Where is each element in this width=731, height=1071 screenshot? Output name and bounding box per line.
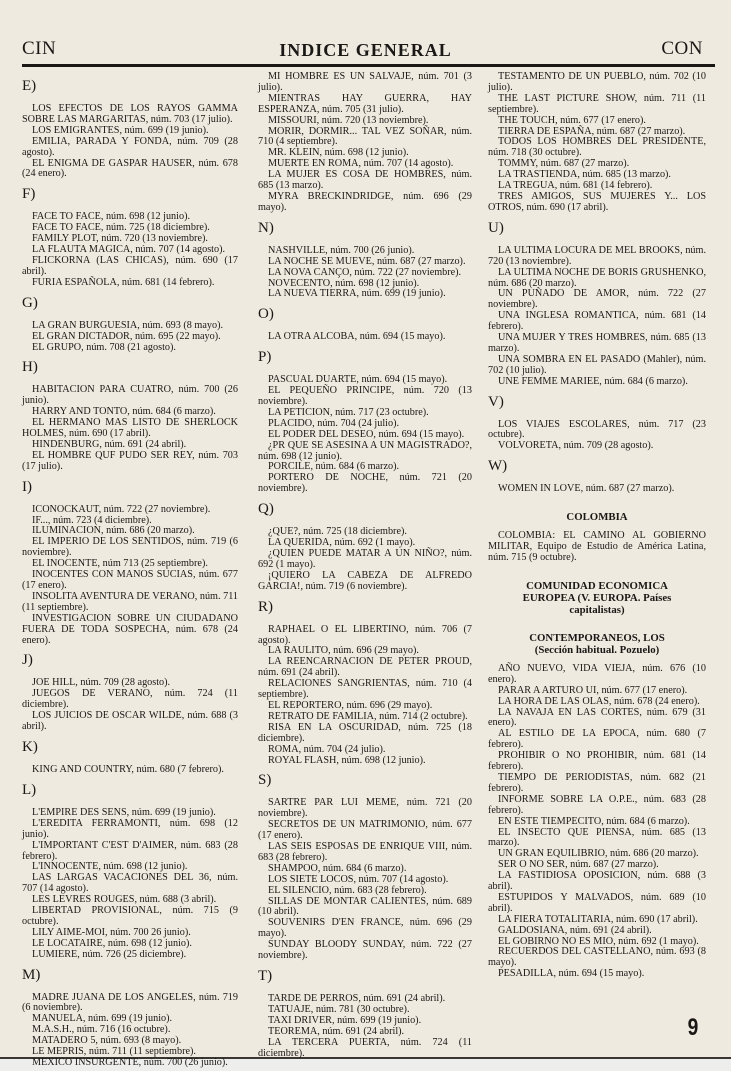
letter-group: K)KING AND COUNTRY, núm. 680 (7 febrero)… [22,739,238,776]
letter-heading: M) [22,967,238,984]
letter-heading: S) [258,772,472,789]
letter-heading: G) [22,295,238,312]
index-entry: ESTUPIDOS Y MALVADOS, núm. 689 (10 abril… [488,893,706,915]
magazine-index-page: CIN INDICE GENERAL CON E)LOS EFECTOS DE … [0,0,731,1059]
index-entry: RECUERDOS DEL CASTELLANO, núm. 693 (8 ma… [488,947,706,969]
letter-heading: P) [258,349,472,366]
index-entry: INOCENTES CON MANOS SUCIAS, núm. 677 (17… [22,570,238,592]
letter-heading: J) [22,652,238,669]
letter-group: R)RAPHAEL O EL LIBERTINO, núm. 706 (7 ag… [258,599,472,767]
index-entry: LA MUJER ES COSA DE HOMBRES, núm. 685 (1… [258,170,472,192]
letter-group: V)LOS VIAJES ESCOLARES, núm. 717 (23 oct… [488,394,706,453]
letter-group: H)HABITACION PARA CUATRO, núm. 700 (26 j… [22,359,238,472]
index-entry: UNE FEMME MARIEE, núm. 684 (6 marzo). [488,377,706,388]
letter-group: T)TARDE DE PERROS, núm. 691 (24 abril).T… [258,968,472,1059]
section-heading: CONTEMPORANEOS, LOS(Sección habitual. Po… [488,632,706,656]
running-head-right: CON [661,38,703,60]
index-entry: THE TOUCH, núm. 677 (17 enero). [488,116,706,127]
section-title: COMUNIDAD ECONOMICA EUROPEA (V. EUROPA. … [523,580,672,616]
index-entry: COLOMBIA: EL CAMINO AL GOBIERNO MILITAR,… [488,531,706,564]
index-entry: LAS LARGAS VACACIONES DEL 36, núm. 707 (… [22,873,238,895]
index-entry: EL GRAN DICTADOR, núm. 695 (22 mayo). [22,332,238,343]
section-heading: COLOMBIA [488,511,706,523]
index-entry: GALDOSIANA, núm. 691 (24 abril). [488,926,706,937]
index-entry: TRES AMIGOS, SUS MUJERES Y... LOS OTROS,… [488,192,706,214]
index-entry: JUEGOS DE VERANO, núm. 724 (11 diciembre… [22,689,238,711]
index-entry: KING AND COUNTRY, núm. 680 (7 febrero). [22,765,238,776]
index-column-2: MI HOMBRE ES UN SALVAJE, núm. 701 (3 jul… [258,72,472,1059]
continued-entries: MI HOMBRE ES UN SALVAJE, núm. 701 (3 jul… [258,72,472,214]
letter-heading: F) [22,186,238,203]
letter-heading: R) [258,599,472,616]
index-entry: EL GRUPO, núm. 708 (21 agosto). [22,343,238,354]
index-entry: EN ESTE TIEMPECITO, núm. 684 (6 marzo). [488,817,706,828]
letter-heading: W) [488,458,706,475]
index-entry: LA REENCARNACION DE PETER PROUD, núm. 69… [258,657,472,679]
index-entry: TODOS LOS HOMBRES DEL PRESIDENTE, núm. 7… [488,137,706,159]
letter-heading: I) [22,479,238,496]
index-entry: INSOLITA AVENTURA DE VERANO, núm. 711 (1… [22,592,238,614]
index-entry: TIEMPO DE PERIODISTAS, núm. 682 (21 febr… [488,773,706,795]
index-section: COMUNIDAD ECONOMICA EUROPEA (V. EUROPA. … [488,580,706,616]
letter-heading: H) [22,359,238,376]
index-entry: SOUVENIRS D'EN FRANCE, núm. 696 (29 mayo… [258,918,472,940]
index-entry: LA ULTIMA LOCURA DE MEL BROOKS, núm. 720… [488,246,706,268]
index-entry: LIBERTAD PROVISIONAL, núm. 715 (9 octubr… [22,906,238,928]
letter-group: P)PASCUAL DUARTE, núm. 694 (15 mayo).EL … [258,349,472,495]
index-entry: MISSOURI, núm. 720 (13 noviembre). [258,116,472,127]
letter-heading: T) [258,968,472,985]
index-entry: MEXICO INSURGENTE, núm. 700 (26 junio). [22,1058,238,1069]
index-column-1: E)LOS EFECTOS DE LOS RAYOS GAMMA SOBRE L… [22,72,238,1069]
letter-heading: V) [488,394,706,411]
letter-group: E)LOS EFECTOS DE LOS RAYOS GAMMA SOBRE L… [22,78,238,180]
index-entry: PORTERO DE NOCHE, núm. 721 (20 noviembre… [258,473,472,495]
index-entry: EL HOMBRE QUF PUDO SER REY, núm. 703 (17… [22,451,238,473]
section-title: CONTEMPORANEOS, LOS [529,632,665,644]
letter-heading: O) [258,306,472,323]
index-entry: AÑO NUEVO, VIDA VIEJA, núm. 676 (10 ener… [488,664,706,686]
letter-group: N)NASHVILLE, núm. 700 (26 junio).LA NOCH… [258,220,472,301]
index-entry: SECRETOS DE UN MATRIMONIO, núm. 677 (17 … [258,820,472,842]
letter-heading: L) [22,782,238,799]
index-entry: LA NOCHE SE MUEVE, núm. 687 (27 marzo). [258,257,472,268]
index-entry: TESTAMENTO DE UN PUEBLO, núm. 702 (10 ju… [488,72,706,94]
header-rule [22,64,715,67]
index-entry: EL ENIGMA DE GASPAR HAUSER, núm. 678 (24… [22,159,238,181]
index-entry: LA OTRA ALCOBA, núm. 694 (15 mayo). [258,332,472,343]
index-entry: L'IMPORTANT C'EST D'AIMER, núm. 683 (28 … [22,841,238,863]
index-entry: LA TERCERA PUERTA, núm. 724 (11 diciembr… [258,1038,472,1060]
index-entry: EL PEQUEÑO PRINCIPE, núm. 720 (13 noviem… [258,386,472,408]
index-entry: UNA MUJER Y TRES HOMBRES, núm. 685 (13 m… [488,333,706,355]
index-entry: ¿QUIEN PUEDE MATAR A UN NIÑO?, núm. 692 … [258,549,472,571]
index-entry: ¿PR QUE SE ASESINA A UN MAGISTRADO?, núm… [258,441,472,463]
index-entry: ROYAL FLASH, núm. 698 (12 junio). [258,756,472,767]
index-entry: MI HOMBRE ES UN SALVAJE, núm. 701 (3 jul… [258,72,472,94]
continued-entries: TESTAMENTO DE UN PUEBLO, núm. 702 (10 ju… [488,72,706,214]
letter-group: M)MADRE JUANA DE LOS ANGELES, núm. 719 (… [22,967,238,1069]
index-entry: SARTRE PAR LUI MEME, núm. 721 (20 noviem… [258,798,472,820]
index-entry: VOLVORETA, núm. 709 (28 agosto). [488,441,706,452]
index-entry: SUNDAY BLOODY SUNDAY, núm. 722 (27 novie… [258,940,472,962]
index-entry: LA NOVA CANÇO, núm. 722 (27 noviembre). [258,268,472,279]
index-entry: LA NUEVA TIERRA, núm. 699 (19 junio). [258,289,472,300]
index-entry: INVESTIGACION SOBRE UN CIUDADANO FUERA D… [22,614,238,647]
index-section: CONTEMPORANEOS, LOS(Sección habitual. Po… [488,632,706,980]
index-entry: UN PUÑADO DE AMOR, núm. 722 (27 noviembr… [488,289,706,311]
letter-group: L)L'EMPIRE DES SENS, núm. 699 (19 junio)… [22,782,238,961]
letter-heading: U) [488,220,706,237]
index-section: COLOMBIACOLOMBIA: EL CAMINO AL GOBIERNO … [488,511,706,564]
index-entry: PROHIBIR O NO PROHIBIR, núm. 681 (14 feb… [488,751,706,773]
index-entry: PARAR A ARTURO UI, núm. 677 (17 enero). [488,686,706,697]
letter-group: F)FACE TO FACE, núm. 698 (12 junio).FACE… [22,186,238,288]
index-entry: FLICKORNA (LAS CHICAS), núm. 690 (17 abr… [22,256,238,278]
letter-group: J)JOE HILL, núm. 709 (28 agosto).JUEGOS … [22,652,238,733]
index-entry: RELACIONES SANGRIENTAS, núm. 710 (4 sept… [258,679,472,701]
index-entry: AL ESTILO DE LA EPOCA, núm. 680 (7 febre… [488,729,706,751]
index-entry: MADRE JUANA DE LOS ANGELES, núm. 719 (6 … [22,993,238,1015]
letter-heading: K) [22,739,238,756]
index-entry: EL IMPERIO DE LOS SENTIDOS, núm. 719 (6 … [22,537,238,559]
index-entry: EL HERMANO MAS LISTO DE SHERLOCK HOLMES,… [22,418,238,440]
index-entry: RISA EN LA OSCURIDAD, núm. 725 (18 dicie… [258,723,472,745]
index-entry: LA GRAN BURGUESIA, núm. 693 (8 mayo). [22,321,238,332]
index-entry: MORIR, DORMIR... TAL VEZ SOÑAR, núm. 710… [258,127,472,149]
index-entry: ROMA, núm. 704 (24 julio). [258,745,472,756]
index-entry: TEOREMA, núm. 691 (24 abril). [258,1027,472,1038]
letter-group: W)WOMEN IN LOVE, núm. 687 (27 marzo). [488,458,706,495]
index-entry: LOS JUICIOS DE OSCAR WILDE, núm. 688 (3 … [22,711,238,733]
index-entry: ICONOCKAUT, núm. 722 (27 noviembre). [22,505,238,516]
index-entry: PESADILLA, núm. 694 (15 mayo). [488,969,706,980]
letter-group: U)LA ULTIMA LOCURA DE MEL BROOKS, núm. 7… [488,220,706,388]
letter-heading: Q) [258,501,472,518]
section-subtitle: (Sección habitual. Pozuelo) [502,644,692,656]
letter-group: O)LA OTRA ALCOBA, núm. 694 (15 mayo). [258,306,472,343]
index-entry: LOS VIAJES ESCOLARES, núm. 717 (23 octub… [488,420,706,442]
index-entry: MYRA BRECKINDRIDGE, núm. 696 (29 mayo). [258,192,472,214]
index-entry: THE LAST PICTURE SHOW, núm. 711 (11 sept… [488,94,706,116]
letter-group: I)ICONOCKAUT, núm. 722 (27 noviembre).IF… [22,479,238,647]
index-entry: EMILIA, PARADA Y FONDA, núm. 709 (28 ago… [22,137,238,159]
index-entry: SILLAS DE MONTAR CALIENTES, núm. 689 (10… [258,897,472,919]
index-entry: UNA SOMBRA EN EL PASADO (Mahler), núm. 7… [488,355,706,377]
index-entry: LA NAVAJA EN LAS CORTES, núm. 679 (31 en… [488,708,706,730]
letter-heading: E) [22,78,238,95]
index-entry: UNA INGLESA ROMANTICA, núm. 681 (14 febr… [488,311,706,333]
index-column-3: TESTAMENTO DE UN PUEBLO, núm. 702 (10 ju… [488,72,706,980]
letter-group: G)LA GRAN BURGUESIA, núm. 693 (8 mayo).E… [22,295,238,354]
index-entry: LOS EFECTOS DE LOS RAYOS GAMMA SOBRE LAS… [22,104,238,126]
index-entry: LA FASTIDIOSA OPOSICION, núm. 688 (3 abr… [488,871,706,893]
index-entry: HABITACION PARA CUATRO, núm. 700 (26 jun… [22,385,238,407]
index-entry: EL SILENCIO, núm. 683 (28 febrero). [258,886,472,897]
letter-heading: N) [258,220,472,237]
section-heading: COMUNIDAD ECONOMICA EUROPEA (V. EUROPA. … [488,580,706,616]
index-entry: RAPHAEL O EL LIBERTINO, núm. 706 (7 agos… [258,625,472,647]
index-entry: MIENTRAS HAY GUERRA, HAY ESPERANZA, núm.… [258,94,472,116]
index-entry: WOMEN IN LOVE, núm. 687 (27 marzo). [488,484,706,495]
letter-group: S)SARTRE PAR LUI MEME, núm. 721 (20 novi… [258,772,472,962]
index-entry: LA HORA DE LAS OLAS, núm. 678 (24 enero)… [488,697,706,708]
index-entry: L'EREDITA FERRAMONTI, núm. 698 (12 junio… [22,819,238,841]
index-entry: ¡QUIERO LA CABEZA DE ALFREDO GARCIA!, nú… [258,571,472,593]
page-title: INDICE GENERAL [0,40,731,61]
index-entry: INFORME SOBRE LA O.P.E., núm. 683 (28 fe… [488,795,706,817]
index-entry: FURIA ESPAÑOLA, núm. 681 (14 febrero). [22,278,238,289]
index-entry: LAS SEIS ESPOSAS DE ENRIQUE VIII, núm. 6… [258,842,472,864]
letter-group: Q)¿QUE?, núm. 725 (18 diciembre).LA QUER… [258,501,472,592]
index-entry: EL INSECTO QUE PIENSA, núm. 685 (13 marz… [488,828,706,850]
page-number: 9 [687,1014,698,1042]
index-entry: LUMIERE, núm. 726 (25 diciembre). [22,950,238,961]
index-entry: LA ULTIMA NOCHE DE BORIS GRUSHENKO, núm.… [488,268,706,290]
section-title: COLOMBIA [566,511,627,523]
